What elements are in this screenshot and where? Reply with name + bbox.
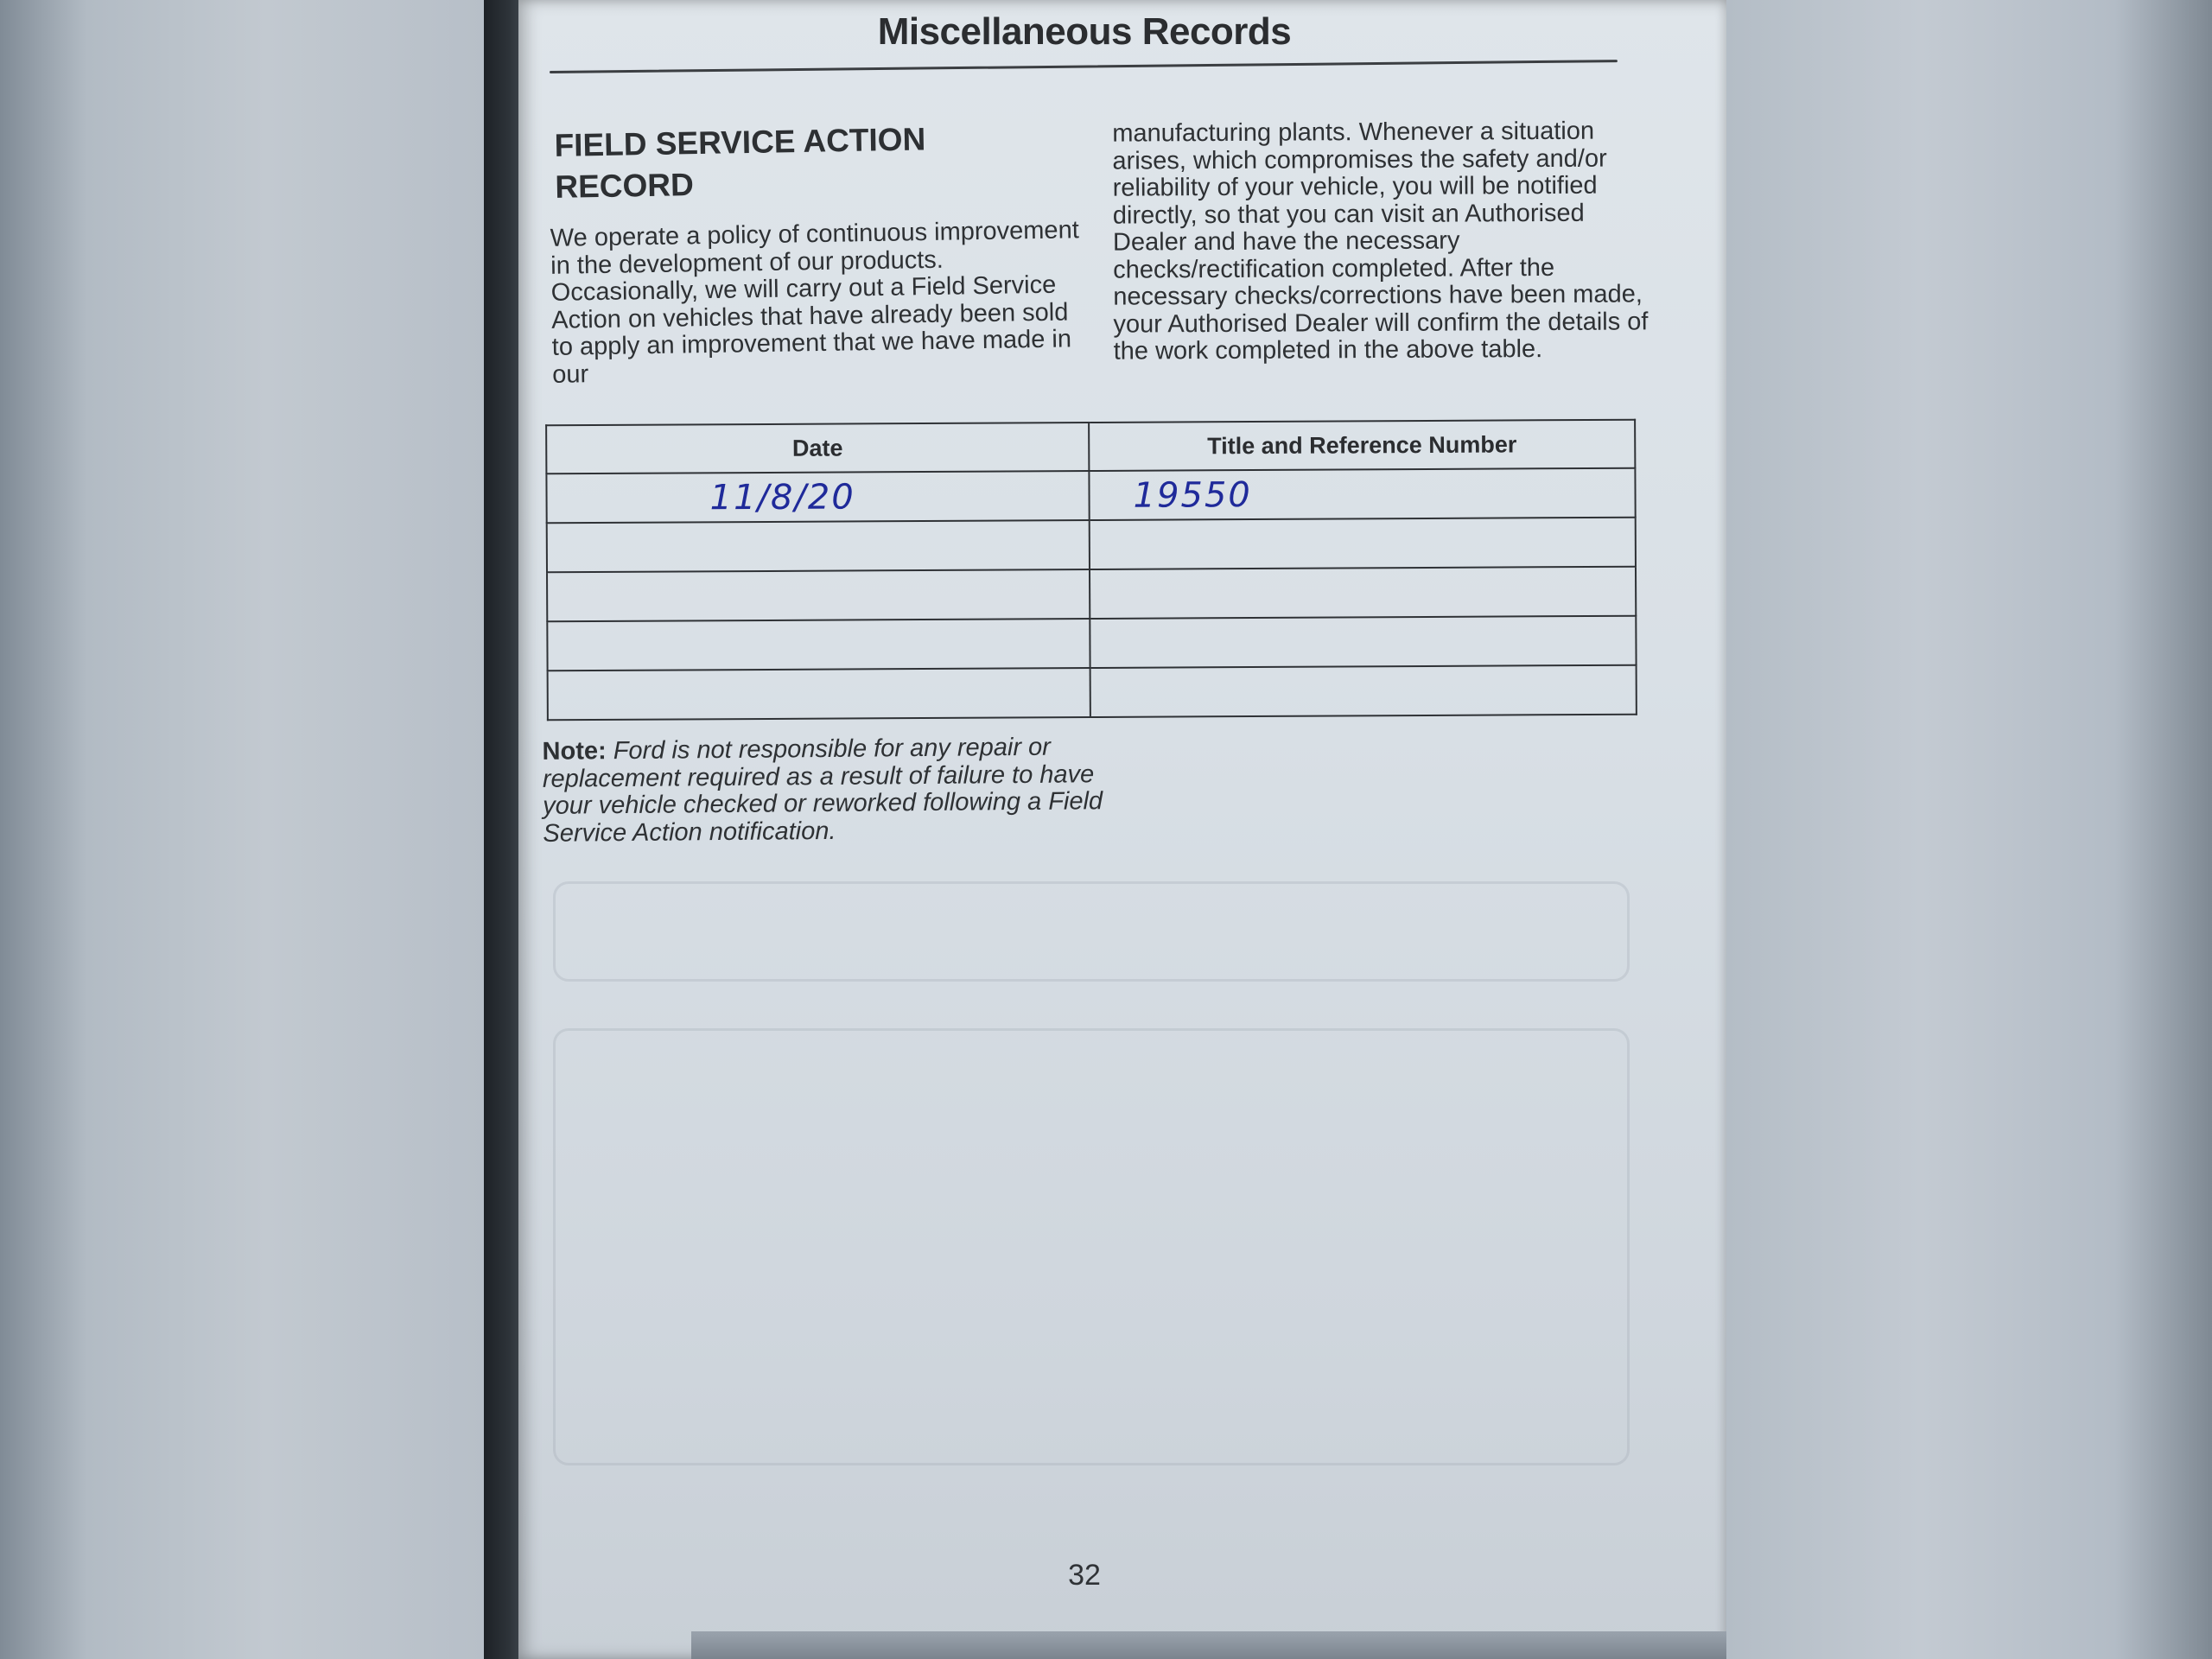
note-text: Ford is not responsible for any repair o… (543, 734, 1103, 848)
note-label: Note: (542, 737, 606, 766)
table-row (547, 616, 1636, 671)
table-row (547, 567, 1636, 622)
reference-cell[interactable]: 19550 (1089, 468, 1635, 520)
field-service-record-table: Date Title and Reference Number 11/8/20 … (545, 419, 1637, 721)
section-heading-line: RECORD (555, 158, 1039, 208)
intro-paragraph-left: We operate a policy of continuous improv… (550, 217, 1089, 389)
page-title: Miscellaneous Records (518, 10, 1650, 54)
booklet-page: Miscellaneous Records FIELD SERVICE ACTI… (518, 0, 1726, 1659)
reference-cell[interactable] (1090, 518, 1636, 569)
background-right (1726, 0, 2212, 1659)
reference-cell[interactable] (1090, 567, 1636, 619)
section-heading: FIELD SERVICE ACTION RECORD (554, 117, 1039, 208)
date-cell[interactable] (548, 668, 1090, 720)
surface-edge (691, 1631, 1726, 1659)
table-row (547, 518, 1636, 573)
title-divider (550, 60, 1618, 73)
reference-cell[interactable] (1090, 616, 1636, 668)
date-cell[interactable] (547, 619, 1090, 671)
column-header-date: Date (546, 423, 1089, 474)
background-left (0, 0, 484, 1659)
date-cell[interactable] (547, 520, 1090, 572)
table-row: 11/8/20 19550 (546, 468, 1635, 524)
date-cell[interactable] (547, 569, 1090, 621)
table-row (548, 665, 1637, 721)
show-through-print (553, 881, 1630, 982)
table-header-row: Date Title and Reference Number (546, 420, 1635, 474)
disclaimer-note: Note: Ford is not responsible for any re… (542, 734, 1104, 848)
intro-paragraph-right: manufacturing plants. Whenever a situati… (1112, 118, 1649, 365)
show-through-print (553, 1028, 1630, 1465)
page-number: 32 (518, 1559, 1650, 1592)
reference-cell[interactable] (1090, 665, 1637, 717)
column-header-reference: Title and Reference Number (1089, 420, 1635, 471)
date-cell[interactable]: 11/8/20 (546, 471, 1089, 523)
